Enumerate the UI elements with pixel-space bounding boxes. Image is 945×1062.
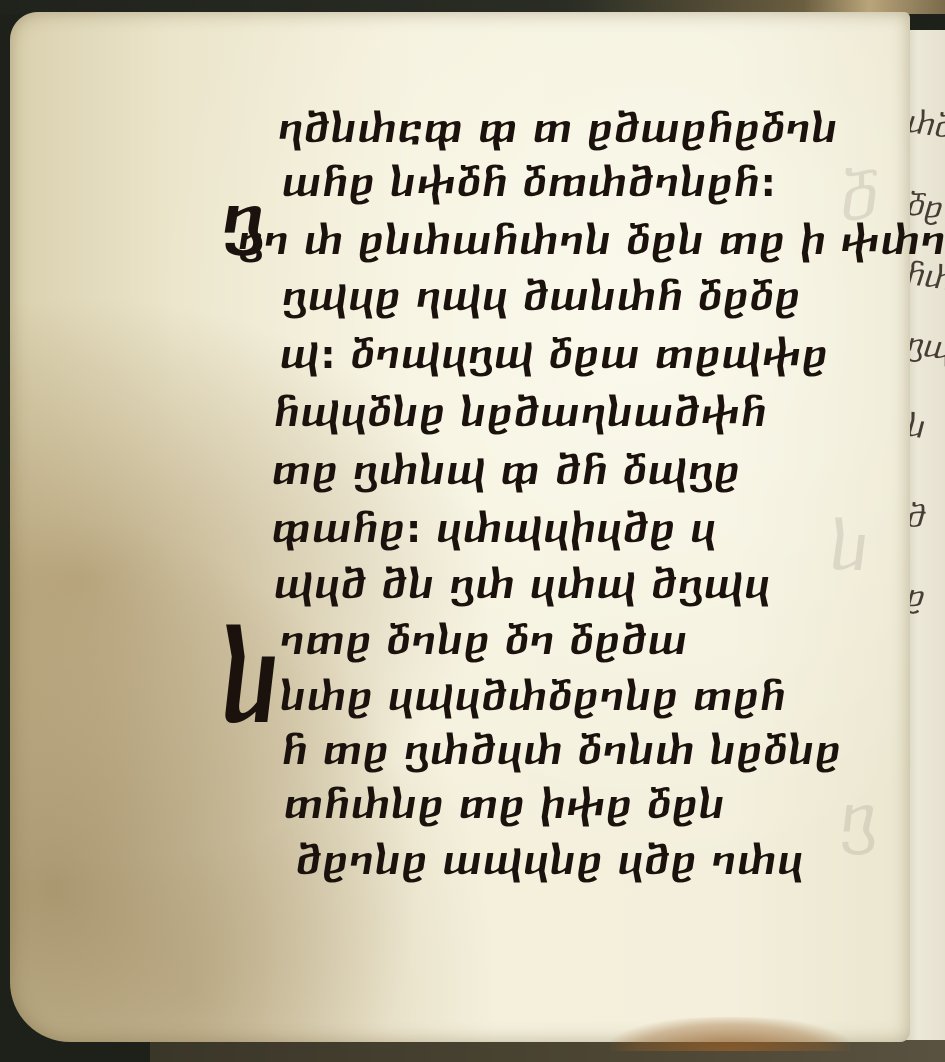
text-line: ⴂⴓⴗⴒ ⴄⴓⴗ ⴋⴍⴑⴐⴌ ⴃⴒⴃⴒ [282,278,801,316]
text-line: ⴄⴋⴑⴐⴀⴔ ⴔ ⴇ ⴒⴋⴍⴒⴌⴒⴃⴈⴑ [278,110,838,148]
text-line: ⴑⴐⴒ ⴗⴓⴗⴋⴐⴃⴒⴈⴑⴒ ⴇⴒⴌ [280,678,787,716]
initial-letter: ⴑ [222,622,279,742]
facing-page-fragment: ⴂⴓ [905,327,945,368]
text-line: ⴂⴈ ⴐ ⴒⴑⴐⴍⴌⴐⴈⴑ ⴃⴒⴑ ⴇⴒ ⴙ ⴕⴐⴈⴑ [238,222,945,260]
text-line: ⴓⴗⴋ ⴋⴑ ⴂⴐ ⴗⴐⴓ ⴋⴂⴓⴗ [274,566,771,604]
text-line: ⴇⴒ ⴂⴐⴑⴓ ⴔ ⴋⴌ ⴃⴓⴂⴒ [272,452,741,490]
text-line: ⴔⴍⴌⴒ: ⴗⴐⴓⴗⴙⴗⴋⴒ ⴗ [272,510,717,548]
text-line: ⴍⴌⴒ ⴑⴕⴃⴌ ⴃⴊⴐⴋⴈⴑⴒⴌ: [282,164,777,202]
text-line: ⴌ ⴇⴒ ⴂⴐⴋⴗⴐ ⴃⴈⴑⴐ ⴑⴒⴃⴑⴒ [282,732,842,770]
text-line: ⴓ: ⴃⴈⴓⴗⴂⴓ ⴃⴒⴍ ⴇⴒⴓⴕⴒ [280,336,829,374]
show-through-ink: ⴑ [830,512,867,586]
water-stain [610,1017,850,1051]
text-line: ⴈⴇⴒ ⴃⴈⴑⴒ ⴃⴈ ⴃⴒⴋⴍ [280,622,688,660]
show-through-ink: ⴂ [840,782,876,856]
facing-page-fragment: ⴌⴐ [905,257,945,298]
text-line: ⴇⴌⴐⴑⴒ ⴇⴒ ⴙⴕⴒ ⴃⴒⴑ [284,786,726,824]
text-line: ⴌⴓⴗⴃⴑⴒ ⴑⴒⴋⴍⴄⴑⴍⴋⴕⴌ [274,394,768,432]
text-line: ⴋⴒⴈⴑⴒ ⴍⴓⴗⴑⴒ ⴗⴋⴒ ⴈⴐⴗ [296,842,804,880]
facing-page-fragment: ⴐⴋⴐ [905,105,945,150]
